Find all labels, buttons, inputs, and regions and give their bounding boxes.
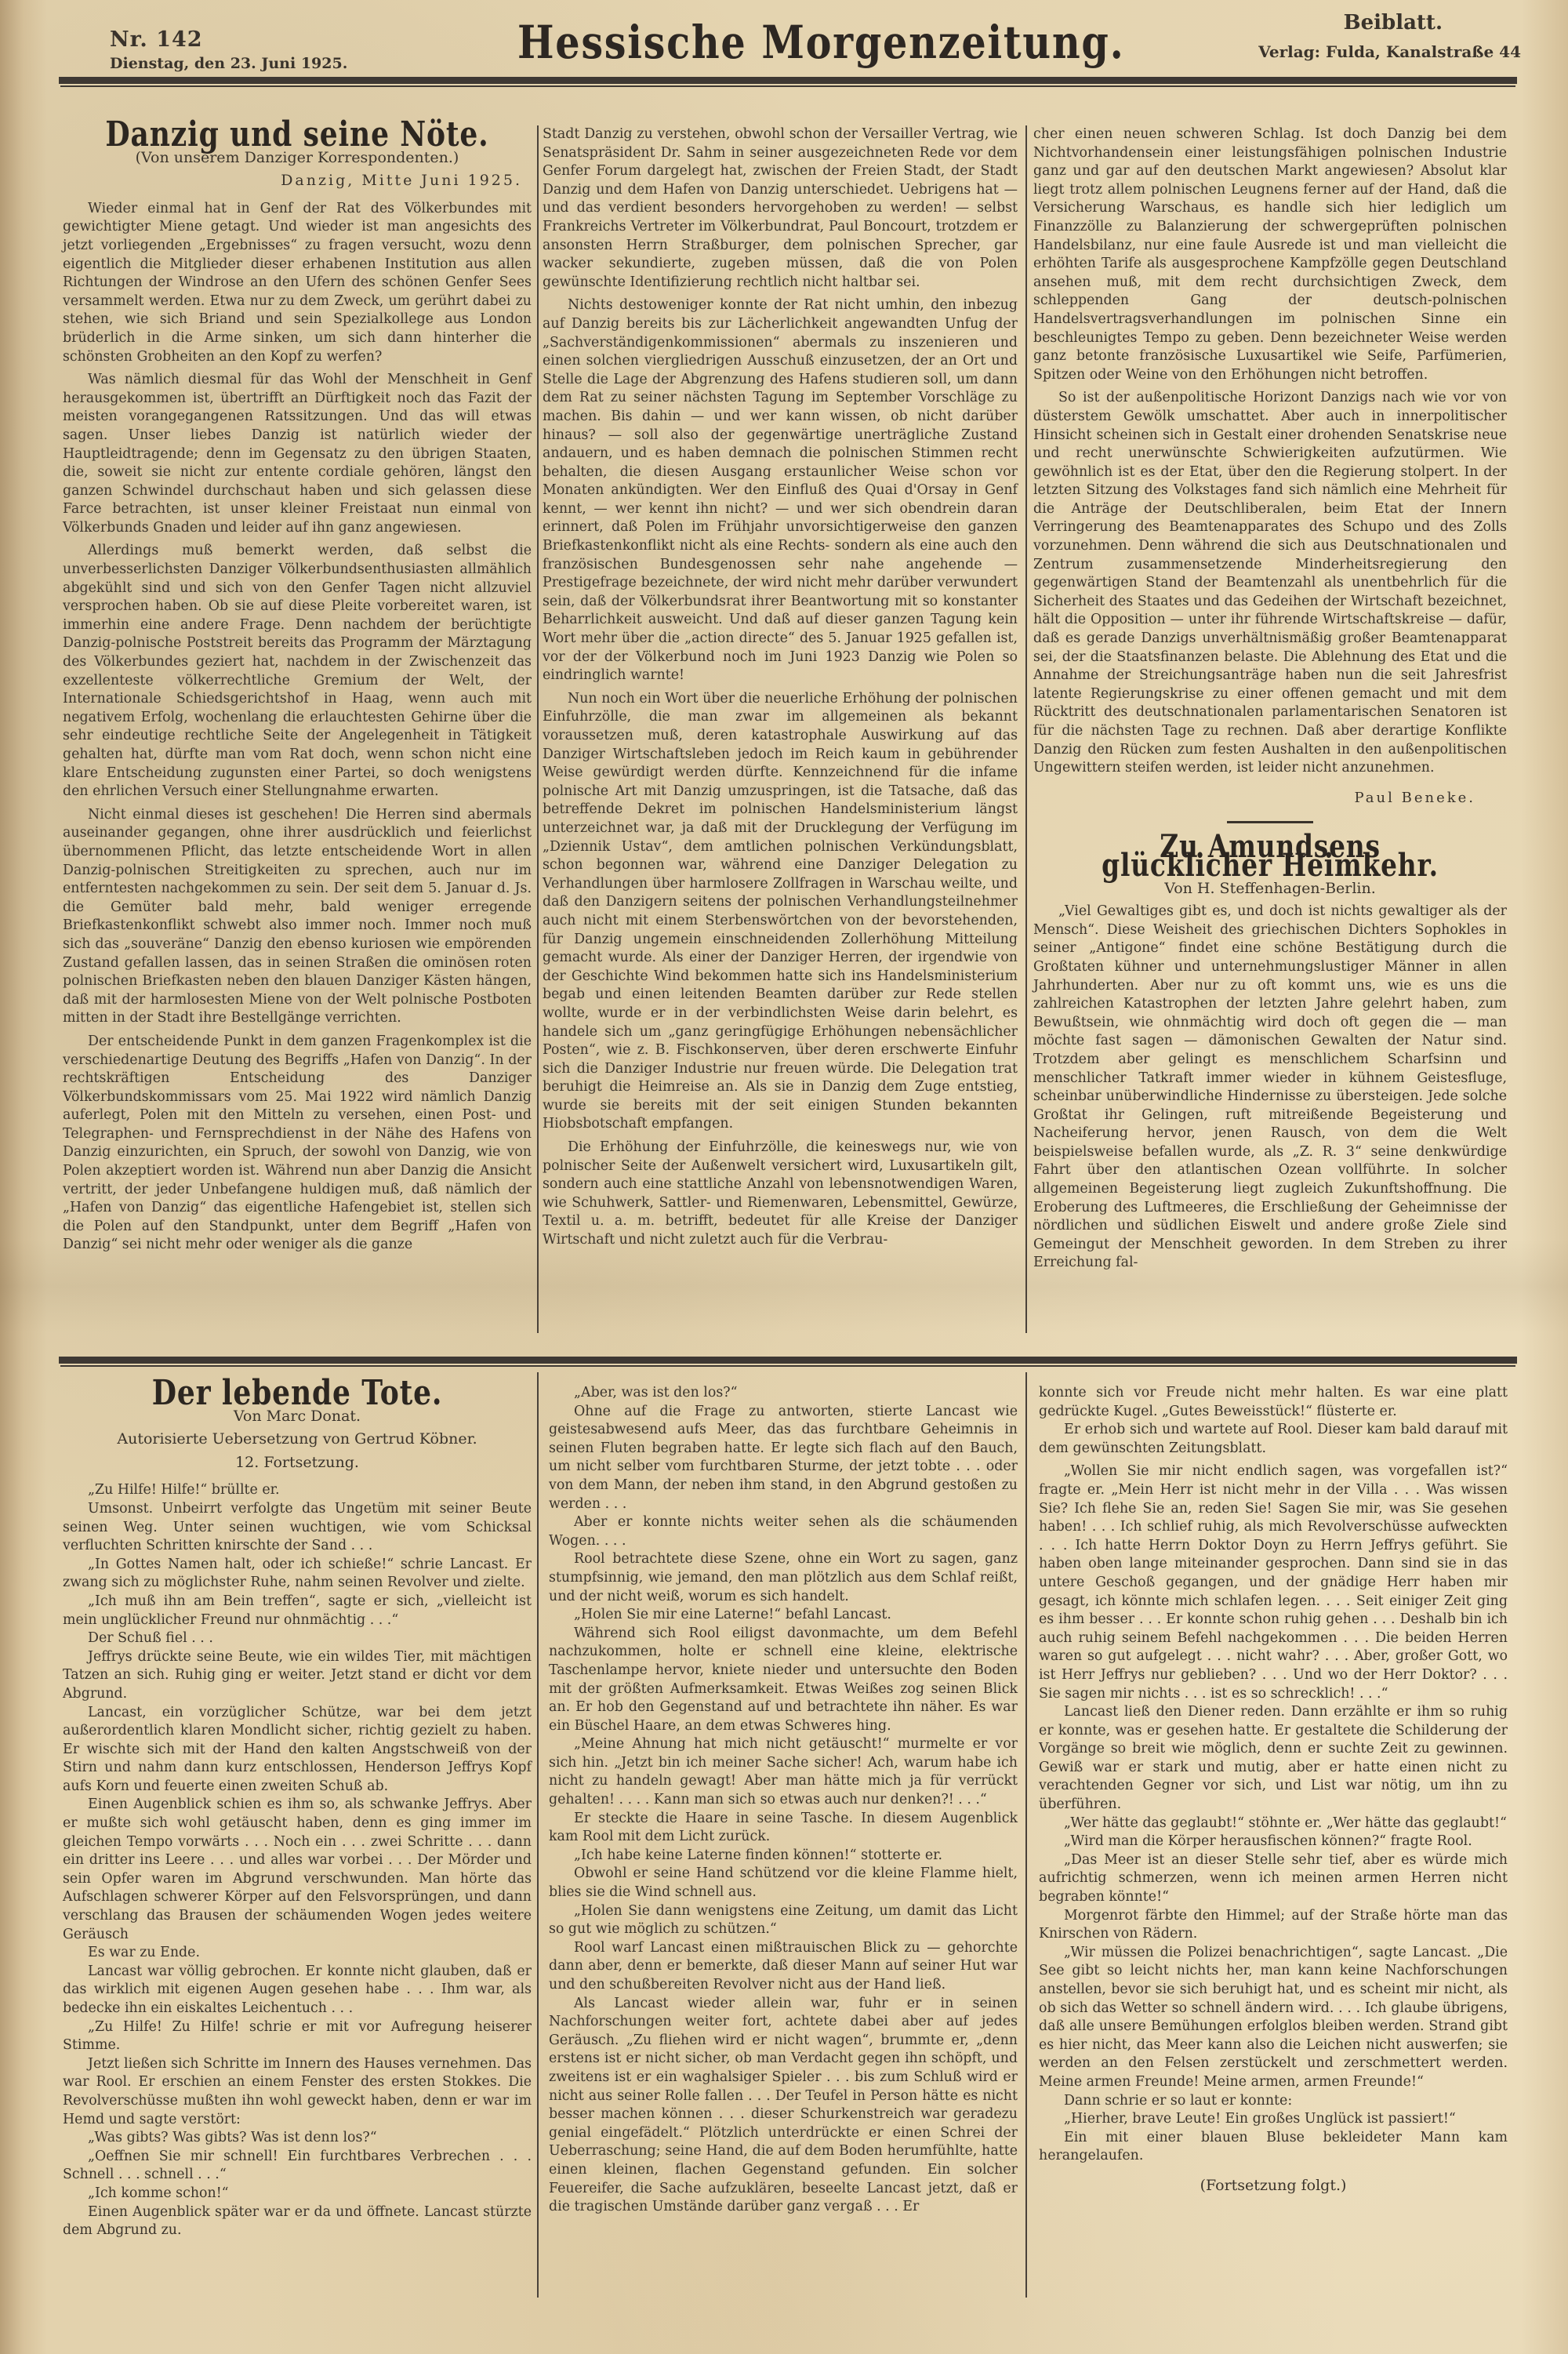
paragraph: Ohne auf die Frage zu antworten, stierte… bbox=[549, 1403, 1018, 1514]
issue-number: Nr. 142 bbox=[110, 27, 347, 52]
publisher-address: Verlag: Fulda, Kanalstraße 44 bbox=[1258, 42, 1521, 61]
masthead: Nr. 142 Dienstag, den 23. Juni 1925. Hes… bbox=[47, 0, 1521, 78]
paragraph: „Wir müssen die Polizei benachrichtigen“… bbox=[1039, 1944, 1508, 2092]
paragraph: Was nämlich diesmal für das Wohl der Men… bbox=[63, 371, 532, 537]
column-rule bbox=[1025, 125, 1027, 1333]
danzig-column-2: Stadt Danzig zu verstehen, obwohl schon … bbox=[543, 125, 1018, 1250]
serial-installment: 12. Fortsetzung. bbox=[63, 1454, 532, 1473]
paragraph: cher einen neuen schweren Schlag. Ist do… bbox=[1033, 125, 1507, 384]
paragraph: Jetzt ließen sich Schritte im Innern des… bbox=[63, 2055, 532, 2129]
paragraph: „Ich komme schon!“ bbox=[63, 2185, 532, 2203]
masthead-rule bbox=[59, 77, 1517, 85]
issue-date: Dienstag, den 23. Juni 1925. bbox=[110, 55, 347, 72]
newspaper-title: Hessische Morgenzeitung. bbox=[517, 16, 1124, 69]
paragraph: Lancast, ein vorzüglicher Schütze, war b… bbox=[63, 1704, 532, 1796]
amundsen-headline: Zu Amundsens glücklicher Heimkehr. bbox=[1076, 837, 1464, 874]
paragraph: Er erhob sich und wartete auf Rool. Dies… bbox=[1039, 1421, 1508, 1458]
danzig-dateline: Danzig, Mitte Juni 1925. bbox=[63, 172, 532, 191]
paragraph: „Holen Sie dann wenigstens eine Zeitung,… bbox=[549, 1902, 1018, 1939]
paragraph: Allerdings muß bemerkt werden, daß selbs… bbox=[63, 542, 532, 801]
paragraph: Während sich Rool eiligst davonmachte, u… bbox=[549, 1625, 1018, 1736]
paragraph: „Aber, was ist den los?“ bbox=[549, 1384, 1018, 1403]
paragraph: Umsonst. Unbeirrt verfolgte das Ungetüm … bbox=[63, 1500, 532, 1556]
paragraph: Rool betrachtete diese Szene, ohne ein W… bbox=[549, 1550, 1018, 1606]
issue-block: Nr. 142 Dienstag, den 23. Juni 1925. bbox=[110, 27, 347, 72]
paragraph: „Hierher, brave Leute! Ein großes Unglüc… bbox=[1039, 2110, 1508, 2129]
paragraph: Stadt Danzig zu verstehen, obwohl schon … bbox=[543, 125, 1018, 292]
paragraph: „Ich habe keine Laterne finden können!“ … bbox=[549, 1847, 1018, 1865]
paragraph: „Wer hätte das geglaubt!“ stöhnte er. „W… bbox=[1039, 1815, 1508, 1833]
paragraph: „Ich muß ihn am Bein treffen“, sagte er … bbox=[63, 1593, 532, 1629]
paragraph: Der Schuß fiel . . . bbox=[63, 1629, 532, 1648]
paragraph: konnte sich vor Freude nicht mehr halten… bbox=[1039, 1384, 1508, 1421]
danzig-signature: Paul Beneke. bbox=[1033, 789, 1475, 808]
serial-column-2: „Aber, was ist den los?“ Ohne auf die Fr… bbox=[549, 1384, 1018, 2217]
serial-continued-note: (Fortsetzung folgt.) bbox=[1039, 2177, 1508, 2196]
paragraph: „Wollen Sie mir nicht endlich sagen, was… bbox=[1039, 1462, 1508, 1703]
column-rule bbox=[1025, 1372, 1027, 2298]
paragraph: Wieder einmal hat in Genf der Rat des Vö… bbox=[63, 200, 532, 366]
paragraph: Aber er konnte nichts weiter sehen als d… bbox=[549, 1513, 1018, 1550]
paragraph: Lancast war völlig gebrochen. Er konnte … bbox=[63, 1963, 532, 2018]
paragraph: Der entscheidende Punkt in dem ganzen Fr… bbox=[63, 1033, 532, 1255]
paragraph: So ist der außenpolitische Horizont Danz… bbox=[1033, 389, 1507, 777]
article-divider bbox=[1227, 821, 1313, 823]
section-rule bbox=[59, 1357, 1517, 1365]
paragraph: Nichts destoweniger konnte der Rat nicht… bbox=[543, 296, 1018, 685]
column-rule bbox=[537, 125, 539, 1333]
paragraph: „Holen Sie mir eine Laterne!“ befahl Lan… bbox=[549, 1606, 1018, 1625]
paragraph: „Das Meer ist an dieser Stelle sehr tief… bbox=[1039, 1851, 1508, 1907]
paragraph: „Wird man die Körper herausfischen könne… bbox=[1039, 1833, 1508, 1851]
paragraph: „Viel Gewaltiges gibt es, und doch ist n… bbox=[1033, 903, 1507, 1273]
paragraph: Dann schrie er so laut er konnte: bbox=[1039, 2092, 1508, 2111]
paragraph: Morgenrot färbte den Himmel; auf der Str… bbox=[1039, 1907, 1508, 1944]
paragraph: Lancast ließ den Diener reden. Dann erzä… bbox=[1039, 1703, 1508, 1815]
paragraph: „Meine Ahnung hat mich nicht getäuscht!“… bbox=[549, 1735, 1018, 1809]
paragraph: Ein mit einer blauen Bluse bekleideter M… bbox=[1039, 2129, 1508, 2166]
paragraph: Jeffrys drückte seine Beute, wie ein wil… bbox=[63, 1648, 532, 1704]
paragraph: Rool warf Lancast einen mißtrauischen Bl… bbox=[549, 1939, 1018, 1995]
danzig-headline: Danzig und seine Nöte. bbox=[105, 125, 489, 144]
paragraph: Obwohl er seine Hand schützend vor die k… bbox=[549, 1865, 1018, 1902]
supplement-label: Beiblatt. bbox=[1258, 11, 1443, 35]
paragraph: Einen Augenblick später war er da und öf… bbox=[63, 2203, 532, 2240]
serial-column-1: Der lebende Tote. Von Marc Donat. Autori… bbox=[63, 1384, 532, 2240]
paragraph: Einen Augenblick schien es ihm so, als s… bbox=[63, 1796, 532, 1944]
paragraph: Nicht einmal dieses ist geschehen! Die H… bbox=[63, 806, 532, 1028]
paragraph: Nun noch ein Wort über die neuerliche Er… bbox=[543, 690, 1018, 1134]
paragraph: „Zu Hilfe! Zu Hilfe! schrie er mit vor A… bbox=[63, 2018, 532, 2055]
paragraph: „Was gibts? Was gibts? Was ist denn los?… bbox=[63, 2129, 532, 2148]
paragraph: Es war zu Ende. bbox=[63, 1944, 532, 1963]
paragraph: Als Lancast wieder allein war, fuhr er i… bbox=[549, 1995, 1018, 2217]
serial-column-3: konnte sich vor Freude nicht mehr halten… bbox=[1039, 1384, 1508, 2200]
danzig-column-3: cher einen neuen schweren Schlag. Ist do… bbox=[1033, 125, 1507, 1273]
serial-translation: Autorisierte Uebersetzung von Gertrud Kö… bbox=[63, 1430, 532, 1449]
paragraph: „Zu Hilfe! Hilfe!“ brüllte er. bbox=[63, 1481, 532, 1500]
paragraph: Er steckte die Haare in seine Tasche. In… bbox=[549, 1810, 1018, 1847]
column-rule bbox=[537, 1372, 539, 2298]
paragraph: Die Erhöhung der Einfuhrzölle, die keine… bbox=[543, 1139, 1018, 1250]
serial-headline: Der lebende Tote. bbox=[105, 1384, 489, 1403]
danzig-column-1: Danzig und seine Nöte. (Von unserem Danz… bbox=[63, 125, 532, 1255]
paragraph: „Oeffnen Sie mir schnell! Ein furchtbare… bbox=[63, 2148, 532, 2185]
publisher-block: Beiblatt. Verlag: Fulda, Kanalstraße 44 bbox=[1258, 11, 1521, 61]
paragraph: „In Gottes Namen halt, oder ich schieße!… bbox=[63, 1556, 532, 1593]
